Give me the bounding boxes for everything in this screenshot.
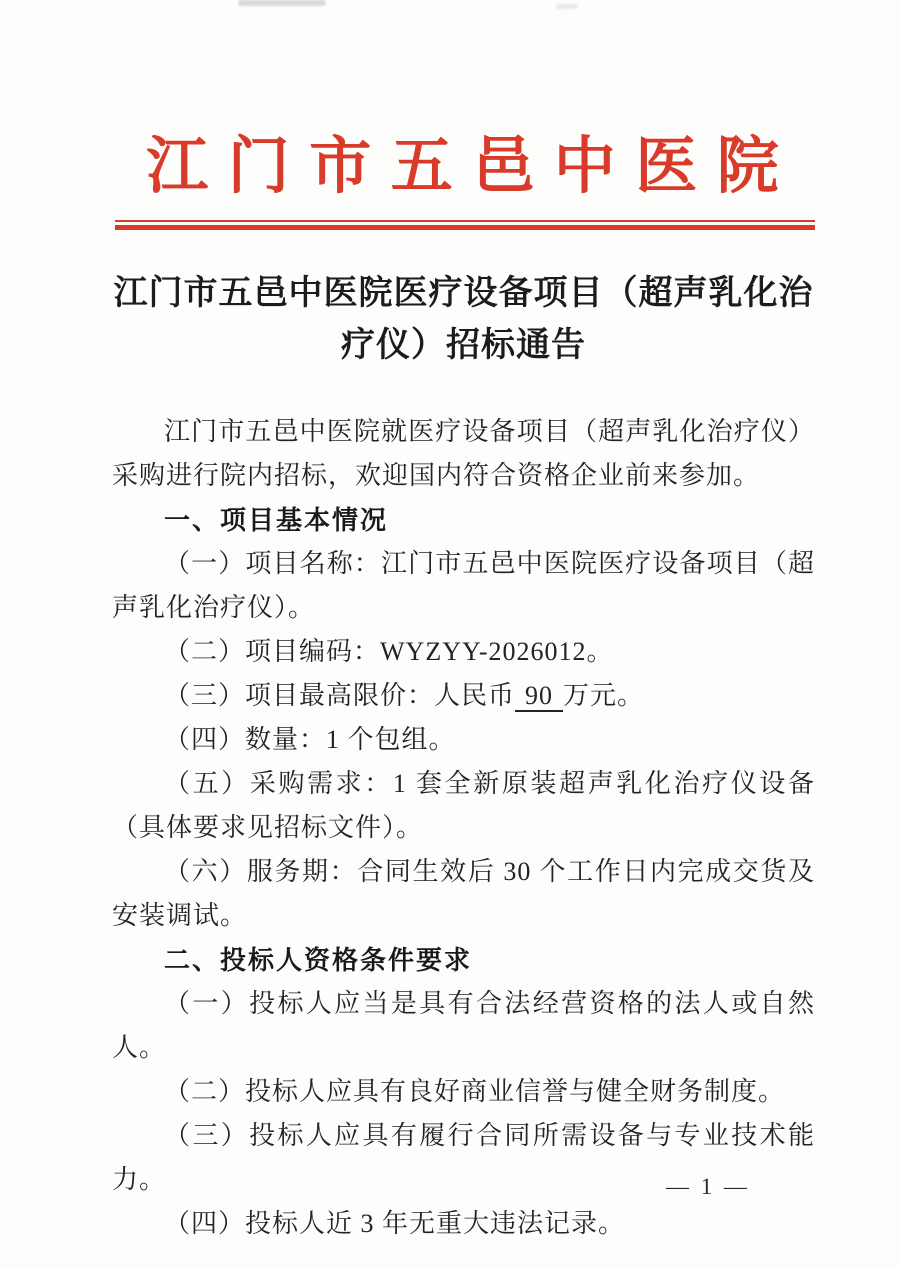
body-paragraph: （三）项目最高限价：人民币90万元。 xyxy=(112,674,815,718)
text-run: （四）投标人近 3 年无重大违法记录。 xyxy=(164,1209,625,1238)
body-paragraph: 江门市五邑中医院就医疗设备项目（超声乳化治疗仪）采购进行院内招标，欢迎国内符合资… xyxy=(112,410,815,498)
text-run: （四）数量：1 个包组。 xyxy=(164,725,456,754)
underlined-value: 90 xyxy=(515,681,563,712)
body-paragraph: （六）服务期：合同生效后 30 个工作日内完成交货及安装调试。 xyxy=(112,850,815,938)
letterhead-rule xyxy=(115,220,815,230)
body-paragraph: （四）投标人近 3 年无重大违法记录。 xyxy=(112,1202,815,1246)
document-title-line-2: 疗仪）招标通告 xyxy=(112,320,815,372)
text-run: （一）投标人应当是具有合法经营资格的法人或自然人。 xyxy=(112,989,815,1062)
text-run: 万元。 xyxy=(563,681,644,710)
text-run: 江门市五邑中医院就医疗设备项目（超声乳化治疗仪）采购进行院内招标，欢迎国内符合资… xyxy=(112,417,815,490)
text-run: （一）项目名称：江门市五邑中医院医疗设备项目（超声乳化治疗仪）。 xyxy=(112,549,815,622)
text-run: （五）采购需求：1 套全新原装超声乳化治疗仪设备（具体要求见招标文件）。 xyxy=(112,769,815,842)
text-run: （三）项目最高限价：人民币 xyxy=(164,681,515,710)
body-paragraph: （五）采购需求：1 套全新原装超声乳化治疗仪设备（具体要求见招标文件）。 xyxy=(112,762,815,850)
text-run: 二、投标人资格条件要求 xyxy=(164,945,472,975)
body-paragraph: （一）项目名称：江门市五邑中医院医疗设备项目（超声乳化治疗仪）。 xyxy=(112,542,815,630)
scan-artifact xyxy=(556,4,578,9)
section-heading: 一、项目基本情况 xyxy=(112,498,815,542)
scan-artifact xyxy=(238,0,326,6)
page-number: — 1 — xyxy=(666,1174,750,1200)
text-run: （六）服务期：合同生效后 30 个工作日内完成交货及安装调试。 xyxy=(112,857,815,930)
text-run: 一、项目基本情况 xyxy=(164,505,388,535)
body-paragraph: （二）投标人应具有良好商业信誉与健全财务制度。 xyxy=(112,1070,815,1114)
document-title-line-1: 江门市五邑中医院医疗设备项目（超声乳化治 xyxy=(112,268,815,320)
scanned-document-page: 江 门 市 五 邑 中 医 院 江门市五邑中医院医疗设备项目（超声乳化治 疗仪）… xyxy=(0,0,900,1267)
text-run: （二）项目编码：WYZYY-2026012。 xyxy=(164,637,614,666)
body-paragraph: （一）投标人应当是具有合法经营资格的法人或自然人。 xyxy=(112,982,815,1070)
text-run: （二）投标人应具有良好商业信誉与健全财务制度。 xyxy=(164,1077,785,1106)
body-paragraph: （二）项目编码：WYZYY-2026012。 xyxy=(112,630,815,674)
document-body: 江门市五邑中医院就医疗设备项目（超声乳化治疗仪）采购进行院内招标，欢迎国内符合资… xyxy=(112,410,815,1246)
section-heading: 二、投标人资格条件要求 xyxy=(112,938,815,982)
hospital-letterhead: 江 门 市 五 邑 中 医 院 xyxy=(112,130,815,204)
body-paragraph: （四）数量：1 个包组。 xyxy=(112,718,815,762)
document-title: 江门市五邑中医院医疗设备项目（超声乳化治 疗仪）招标通告 xyxy=(112,268,815,372)
